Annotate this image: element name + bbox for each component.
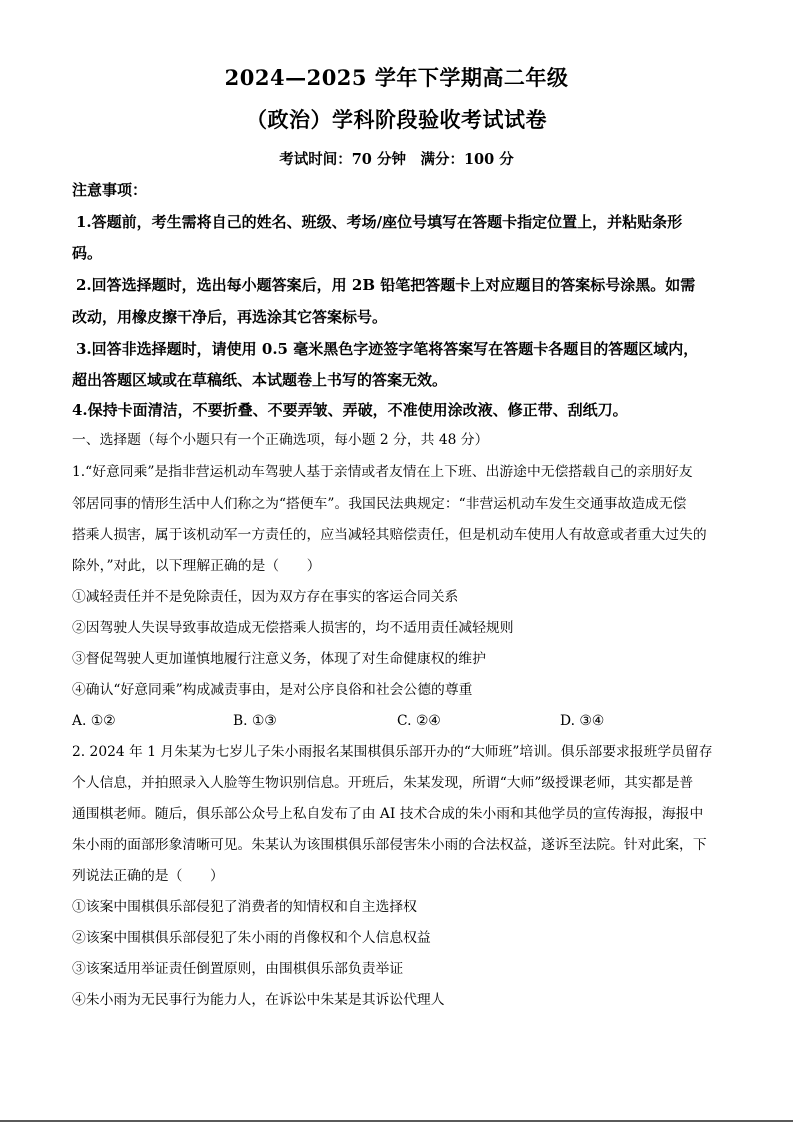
question-2-statement: ②该案中围棋俱乐部侵犯了朱小雨的肖像权和个人信息权益: [72, 928, 431, 948]
notes-heading: 注意事项：: [72, 180, 147, 200]
question-2-statement: ①该案中围棋俱乐部侵犯了消费者的知情权和自主选择权: [72, 897, 417, 917]
note-line: 1.答题前，考生需将自己的姓名、班级、考场/座位号填写在答题卡指定位置上，并粘贴…: [76, 212, 682, 232]
question-1-option-c: C. ②④: [397, 711, 441, 731]
question-2-stem-line: 朱小雨的面部形象清晰可见。朱某认为该围棋俱乐部侵害朱小雨的合法权益，遂诉至法院。…: [72, 835, 707, 855]
question-1-stem-line: 1.“好意同乘”是指非营运机动车驾驶人基于亲情或者友情在上下班、出游途中无偿搭载…: [72, 462, 693, 482]
question-1-statement: ④确认“好意同乘”构成减责事由，是对公序良俗和社会公德的尊重: [72, 680, 472, 700]
section-heading: 一、选择题（每个小题只有一个正确选项，每小题 2 分，共 48 分）: [72, 430, 488, 450]
question-1-stem-line: 邻居同事的情形生活中人们称之为“搭便车”。我国民法典规定：“非营运机动车发生交通…: [72, 494, 686, 514]
question-2-stem-line: 通围棋老师。随后，俱乐部公众号上私自发布了由 AI 技术合成的朱小雨和其他学员的…: [72, 804, 703, 824]
question-2-stem-line: 列说法正确的是（ ）: [72, 866, 224, 886]
note-line: 码。: [72, 243, 102, 263]
question-1-option-b: B. ①③: [233, 711, 277, 731]
question-2-statement: ④朱小雨为无民事行为能力人，在诉讼中朱某是其诉讼代理人: [72, 990, 445, 1010]
question-1-statement: ③督促驾驶人更加谨慎地履行注意义务，体现了对生命健康权的维护: [72, 649, 486, 669]
exam-title-line1: 2024—2025 学年下学期高二年级: [0, 62, 793, 92]
question-2-statement: ③该案适用举证责任倒置原则，由围棋俱乐部负责举证: [72, 959, 403, 979]
note-line: 超出答题区域或在草稿纸、本试题卷上书写的答案无效。: [72, 370, 447, 390]
exam-page: 2024—2025 学年下学期高二年级 （政治）学科阶段验收考试试卷 考试时间：…: [0, 0, 793, 1120]
question-1-option-a: A. ①②: [72, 711, 115, 731]
note-line: 4.保持卡面清洁，不要折叠、不要弄皱、弄破，不准使用涂改液、修正带、刮纸刀。: [72, 400, 628, 420]
question-1-stem-line: 除外，”对此，以下理解正确的是（ ）: [72, 556, 321, 576]
question-1-statement: ①减轻责任并不是免除责任，因为双方存在事实的客运合同关系: [72, 587, 458, 607]
question-2-stem-line: 个人信息，并拍照录入人脸等生物识别信息。开班后，朱某发现，所谓“大师”级授课老师…: [72, 773, 693, 793]
question-1-stem-line: 搭乘人损害，属于该机动军一方责任的，应当减轻其赔偿责任，但是机动车使用人有故意或…: [72, 525, 707, 545]
question-2-stem-line: 2. 2024 年 1 月朱某为七岁儿子朱小雨报名某围棋俱乐部开办的“大师班”培…: [72, 742, 713, 762]
note-line: 3.回答非选择题时，请使用 0.5 毫米黑色字迹签字笔将答案写在答题卡各题目的答…: [76, 339, 698, 359]
note-line: 2.回答选择题时，选出每小题答案后，用 2B 铅笔把答题卡上对应题目的答案标号涂…: [76, 275, 695, 295]
exam-title-line2: （政治）学科阶段验收考试试卷: [0, 104, 793, 134]
note-line: 改动，用橡皮擦干净后，再选涂其它答案标号。: [72, 307, 387, 327]
question-1-option-d: D. ③④: [560, 711, 604, 731]
exam-time-and-score: 考试时间：70 分钟 满分：100 分: [0, 148, 793, 169]
question-1-statement: ②因驾驶人失误导致事故造成无偿搭乘人损害的，均不适用责任减轻规则: [72, 618, 514, 638]
